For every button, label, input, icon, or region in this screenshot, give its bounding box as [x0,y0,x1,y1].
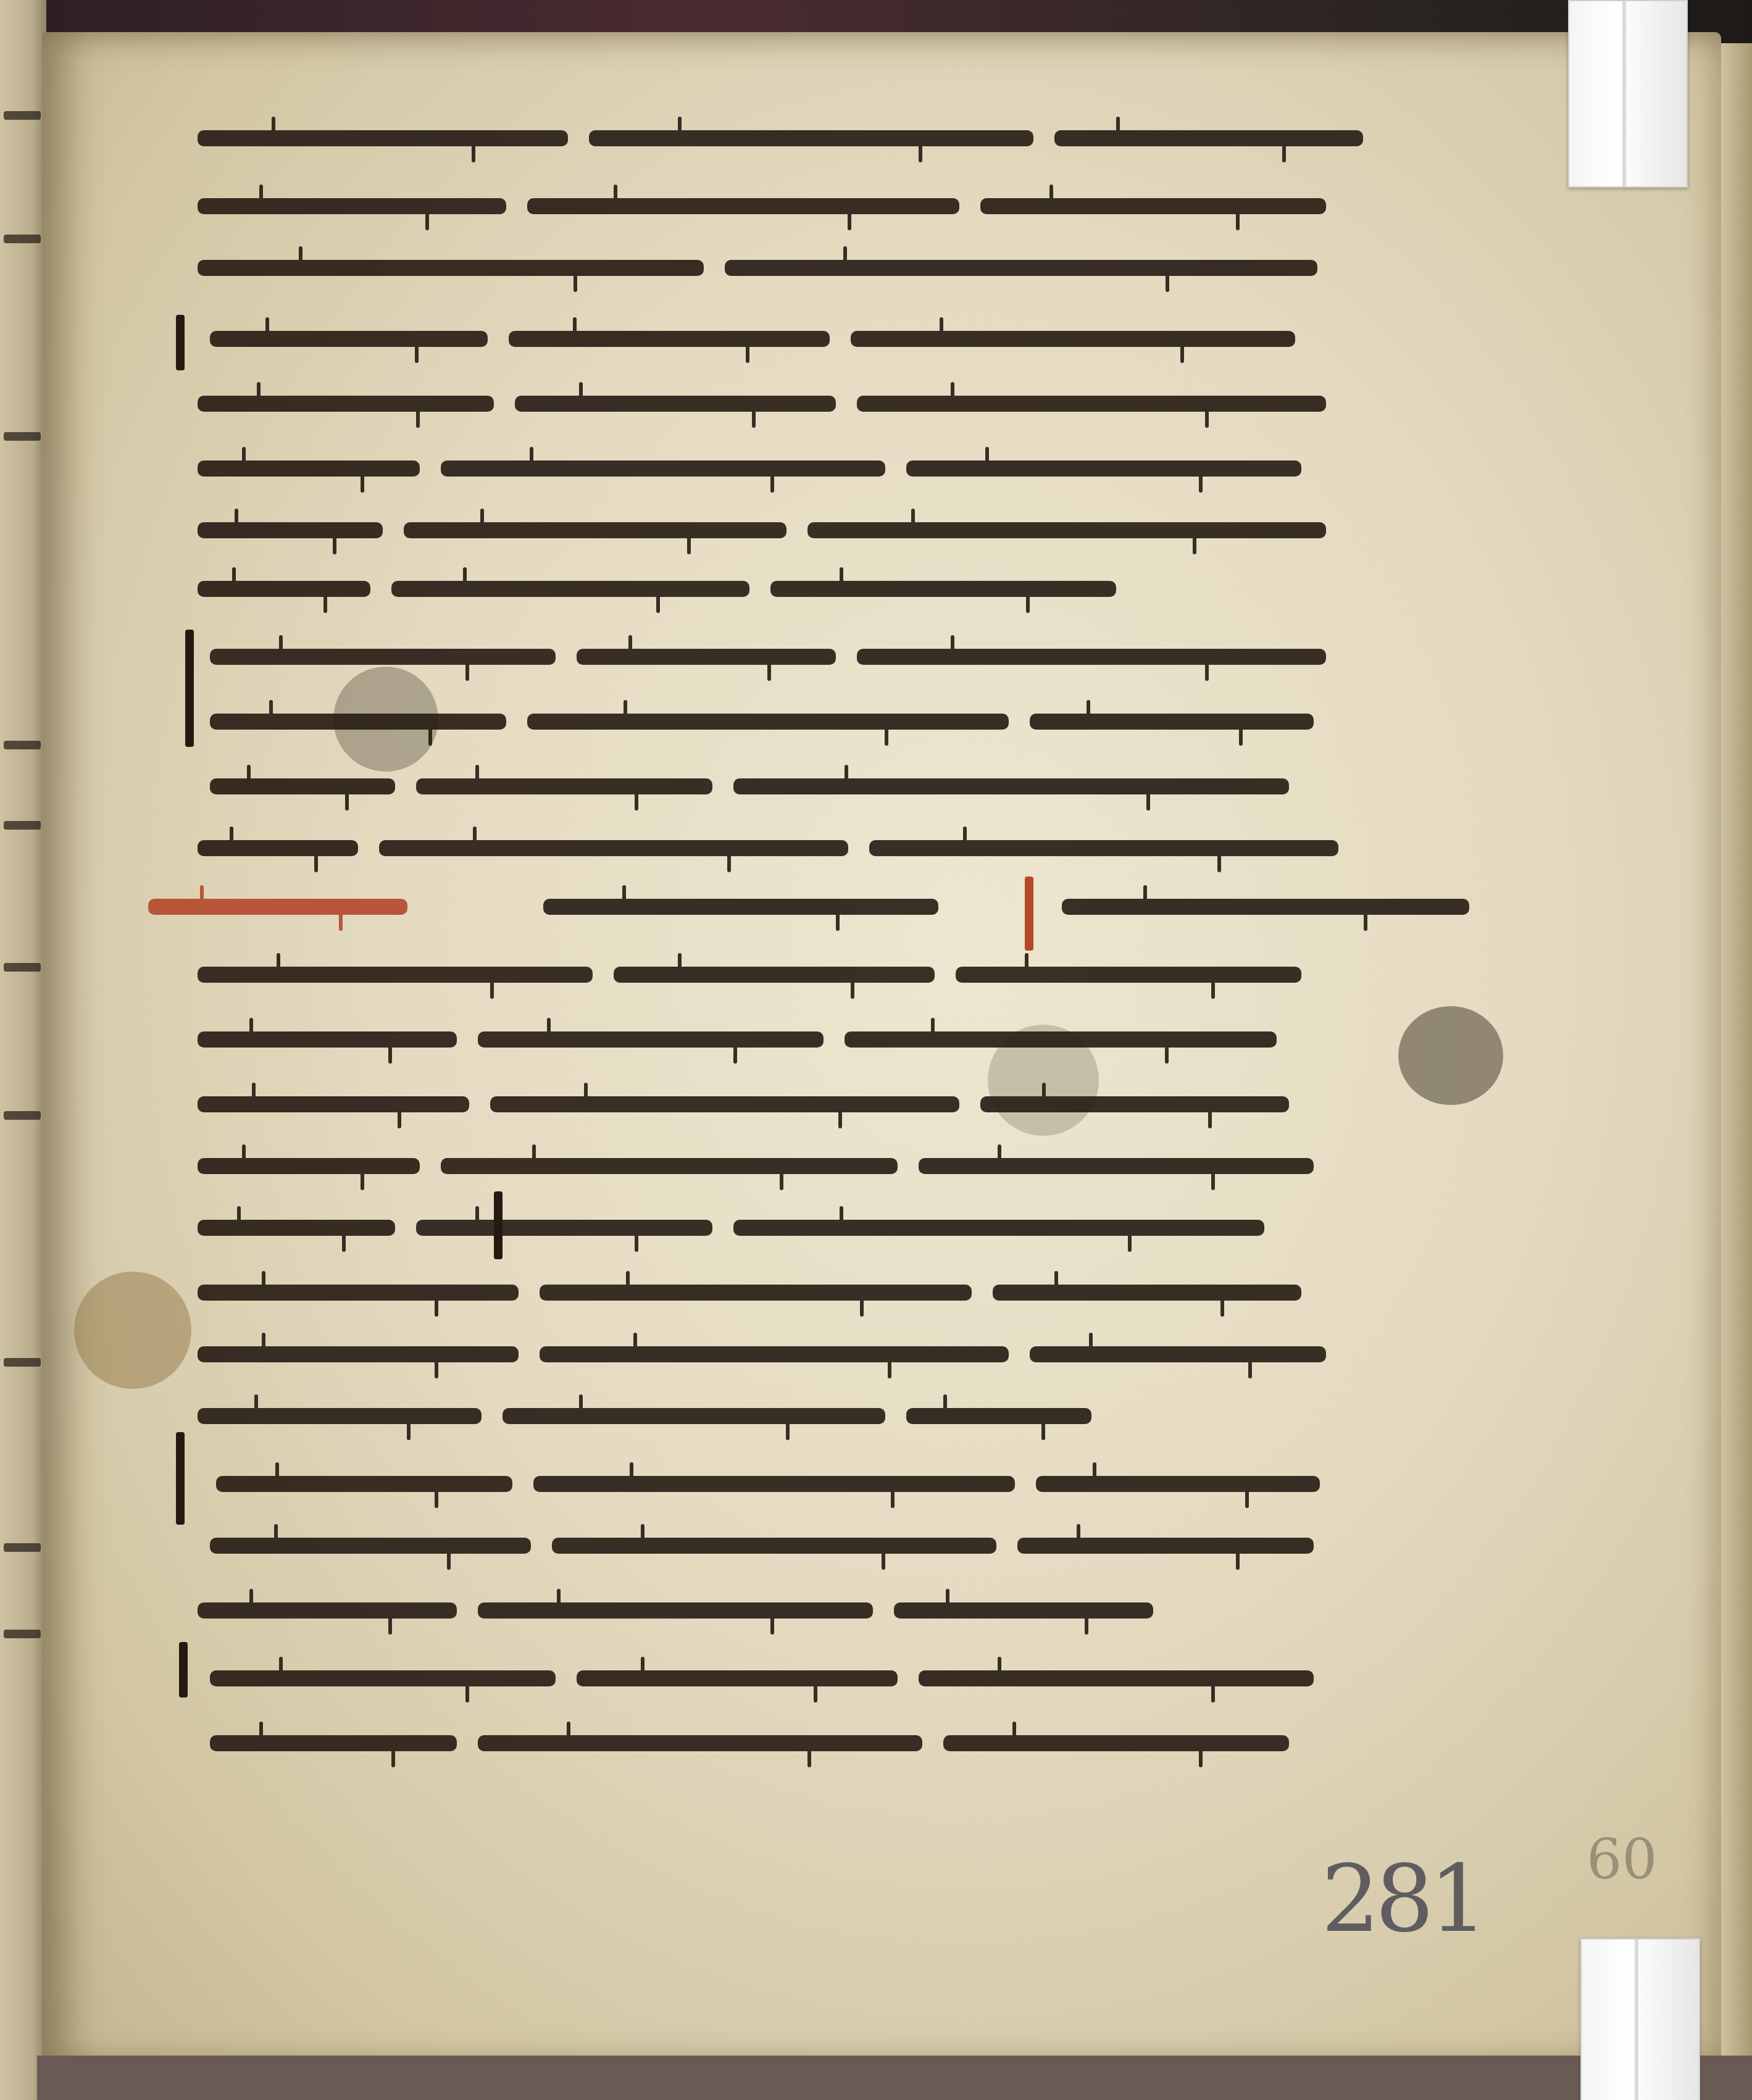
folio-number-pencil: 281 [1321,1846,1483,1953]
manuscript-line: Manuscript line 20 (Armenian script) [198,1336,1326,1372]
initial-letter [179,1642,188,1698]
facing-page-text-fragment [4,821,41,830]
rubric-line: Rubric line in red ink with red initials [148,889,407,925]
facing-page-text-fragment [4,111,41,120]
manuscript-line: Manuscript line 10 (Armenian script) [210,704,1314,740]
folio-number-faded: 60 [1587,1827,1658,1892]
manuscript-line: Manuscript line 24 (Armenian script) [198,1593,1153,1628]
stain-spot [74,1272,191,1389]
manuscript-line: Manuscript line 16 (Armenian script) [198,1086,1289,1122]
manuscript-line: Manuscript line 14 (Armenian script) [198,957,1301,993]
page-clip-top [1568,0,1688,188]
facing-page-text-fragment [4,963,41,972]
manuscript-line: Manuscript line 6 (Armenian script) [198,451,1301,486]
facing-page-edge [0,0,46,2100]
manuscript-line: Manuscript line 1 (Armenian script) [198,120,1363,156]
facing-page-text-fragment [4,432,41,441]
stain-spot [1398,1006,1503,1105]
facing-page-text-fragment [4,235,41,243]
initial-letter [176,1432,185,1525]
manuscript-line [1062,889,1469,925]
facing-page-text-fragment [4,1111,41,1120]
manuscript-line: Manuscript line 7 (Armenian script) [198,512,1326,548]
manuscript-line: Manuscript line 17 (Armenian script) [198,1148,1314,1184]
book-cover-bottom [37,2056,1752,2100]
manuscript-line: Manuscript line 4 with initial (Armenian… [210,321,1295,357]
manuscript-line: Manuscript line 9 with initial (Armenian… [210,639,1326,675]
facing-page-text-fragment [4,1630,41,1638]
manuscript-line: Manuscript line 25 with initial (Armenia… [210,1660,1314,1696]
red-initial-letter [1025,877,1033,951]
manuscript-line: Manuscript line 8 (Armenian script) [198,571,1116,607]
manuscript-line: Manuscript line 19 (Armenian script) [198,1275,1301,1310]
manuscript-line: Manuscript line 26 (Armenian script) [210,1725,1289,1761]
manuscript-line: Manuscript line 18 with mid-line initial [198,1210,1264,1246]
facing-page-text-fragment [4,1543,41,1552]
manuscript-line: Manuscript line 23 (Armenian script) [210,1528,1314,1564]
manuscript-line: Manuscript line 21 (Armenian script) [198,1398,1091,1434]
manuscript-line: Manuscript line 22 with initial (Armenia… [216,1466,1320,1502]
facing-page-text-fragment [4,1358,41,1367]
initial-letter [176,315,185,370]
facing-page-text-fragment [4,741,41,749]
manuscript-line: Manuscript line 3 (Armenian script) [198,250,1317,286]
manuscript-line: Manuscript line 11 (Armenian script) [210,769,1289,804]
manuscript-line: Manuscript line 2 (Armenian script) [198,188,1326,224]
manuscript-line: Manuscript line 15 (Armenian script) [198,1022,1277,1057]
manuscript-line: Manuscript line 5 (Armenian script) [198,386,1326,422]
page-clip-bottom [1580,1938,1700,2100]
manuscript-line: Manuscript line 12 (Armenian script) [198,830,1338,866]
initial-letter [185,630,194,747]
manuscript-line [543,889,959,925]
